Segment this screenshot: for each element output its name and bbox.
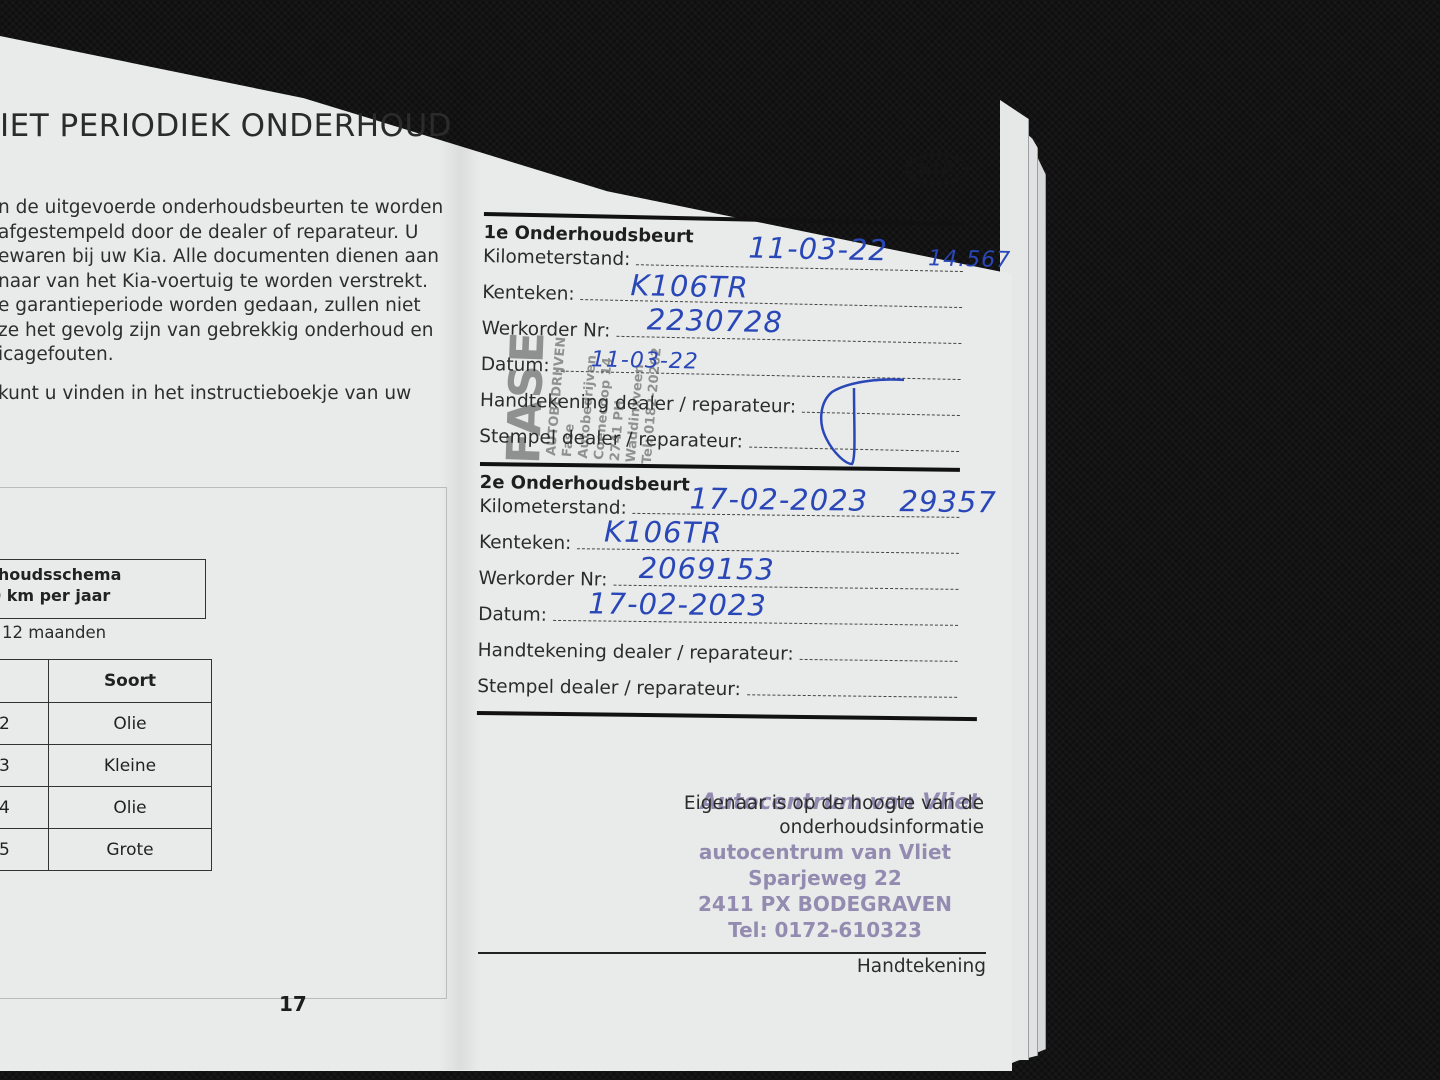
signature-line (478, 952, 986, 954)
table-row: 4 Olie (0, 787, 212, 829)
handwritten-value: 11-03-22 (591, 347, 699, 374)
column-header-soort: Soort (49, 660, 212, 703)
handwritten-value: 2069153 (639, 551, 776, 587)
handwritten-mileage: 14.567 (928, 246, 1011, 273)
maintenance-section-2: 2e Onderhoudsbeurt Kilometerstand: 17-02… (477, 462, 970, 721)
intro-paragraph: n de uitgevoerde onderhoudsbeurten te wo… (0, 196, 448, 406)
field-handtekening: Handtekening dealer / reparateur: (478, 625, 968, 667)
handwritten-mileage: 29357 (899, 484, 997, 519)
dealer-signature (818, 378, 904, 466)
field-datum: Datum: 17-02-2023 (478, 589, 968, 631)
page-number: 17 (279, 992, 307, 1016)
paragraph-last-line: kunt u vinden in het instructieboekje va… (0, 382, 448, 407)
handwritten-value: 11-03-22 (748, 231, 888, 268)
handwritten-value: K106TR (630, 268, 749, 304)
interval-text: 12 maanden (2, 623, 106, 642)
page-title: IET PERIODIEK ONDERHOUD (0, 108, 452, 144)
signature-label: Handtekening (480, 956, 986, 977)
handwritten-value: K106TR (604, 515, 723, 550)
field-stempel: Stempel dealer / reparateur: (477, 661, 967, 703)
kia-logo-icon: KIA (905, 153, 969, 185)
schedule-table: Soort 2 Olie 3 Kleine 4 Olie 5 Grote (0, 659, 212, 871)
owner-note: Eigenaar is op de hoogte van de onderhou… (480, 792, 984, 840)
table-header-row: Soort (0, 660, 212, 703)
handwritten-value: 17-02-2023 (689, 482, 868, 518)
table-row: 2 Olie (0, 703, 212, 745)
table-row: 3 Kleine (0, 745, 212, 787)
handwritten-value: 2230728 (646, 302, 783, 339)
handwritten-value: 17-02-2023 (588, 586, 767, 622)
schedule-heading: rhoudsschema 0 km per jaar (0, 559, 206, 619)
table-row: 5 Grote (0, 829, 212, 871)
